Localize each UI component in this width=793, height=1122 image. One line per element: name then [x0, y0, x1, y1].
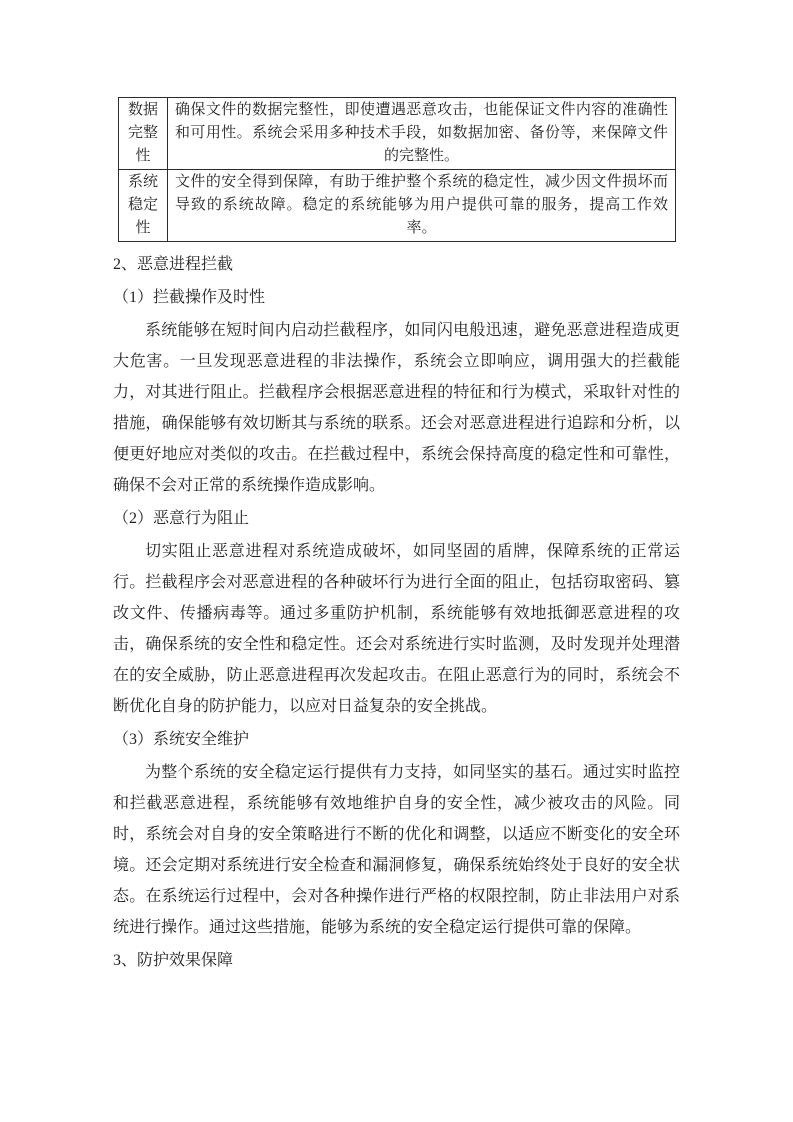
table-body-cell-data-integrity: 确保文件的数据完整性，即使遭遇恶意攻击，也能保证文件内容的准确性和可用性。系统会… — [168, 98, 676, 170]
table-header-cell-system-stability: 系统稳定性 — [119, 170, 168, 242]
paragraph-interception-timeliness: 系统能够在短时间内启动拦截程序，如同闪电般迅速，避免恶意进程造成更大危害。一旦发… — [113, 315, 680, 501]
section-heading-2: 2、恶意进程拦截 — [113, 249, 680, 280]
table-row: 系统稳定性 文件的安全得到保障，有助于维护整个系统的稳定性，减少因文件损坏而导致… — [119, 170, 676, 242]
subsection-heading-2: （2）恶意行为阻止 — [113, 503, 680, 534]
document-page: 数据完整性 确保文件的数据完整性，即使遭遇恶意攻击，也能保证文件内容的准确性和可… — [0, 0, 793, 1122]
paragraph-system-security-maintenance: 为整个系统的安全稳定运行提供有力支持，如同坚实的基石。通过实时监控和拦截恶意进程… — [113, 757, 680, 943]
summary-table: 数据完整性 确保文件的数据完整性，即使遭遇恶意攻击，也能保证文件内容的准确性和可… — [118, 97, 676, 242]
paragraph-malicious-behavior-blocking: 切实阻止恶意进程对系统造成破坏，如同坚固的盾牌，保障系统的正常运行。拦截程序会对… — [113, 536, 680, 722]
table-body-cell-system-stability: 文件的安全得到保障，有助于维护整个系统的稳定性，减少因文件损坏而导致的系统故障。… — [168, 170, 676, 242]
table-row: 数据完整性 确保文件的数据完整性，即使遭遇恶意攻击，也能保证文件内容的准确性和可… — [119, 98, 676, 170]
section-heading-3: 3、防护效果保障 — [113, 945, 680, 976]
table-header-cell-data-integrity: 数据完整性 — [119, 98, 168, 170]
subsection-heading-1: （1）拦截操作及时性 — [113, 282, 680, 313]
subsection-heading-3: （3）系统安全维护 — [113, 724, 680, 755]
